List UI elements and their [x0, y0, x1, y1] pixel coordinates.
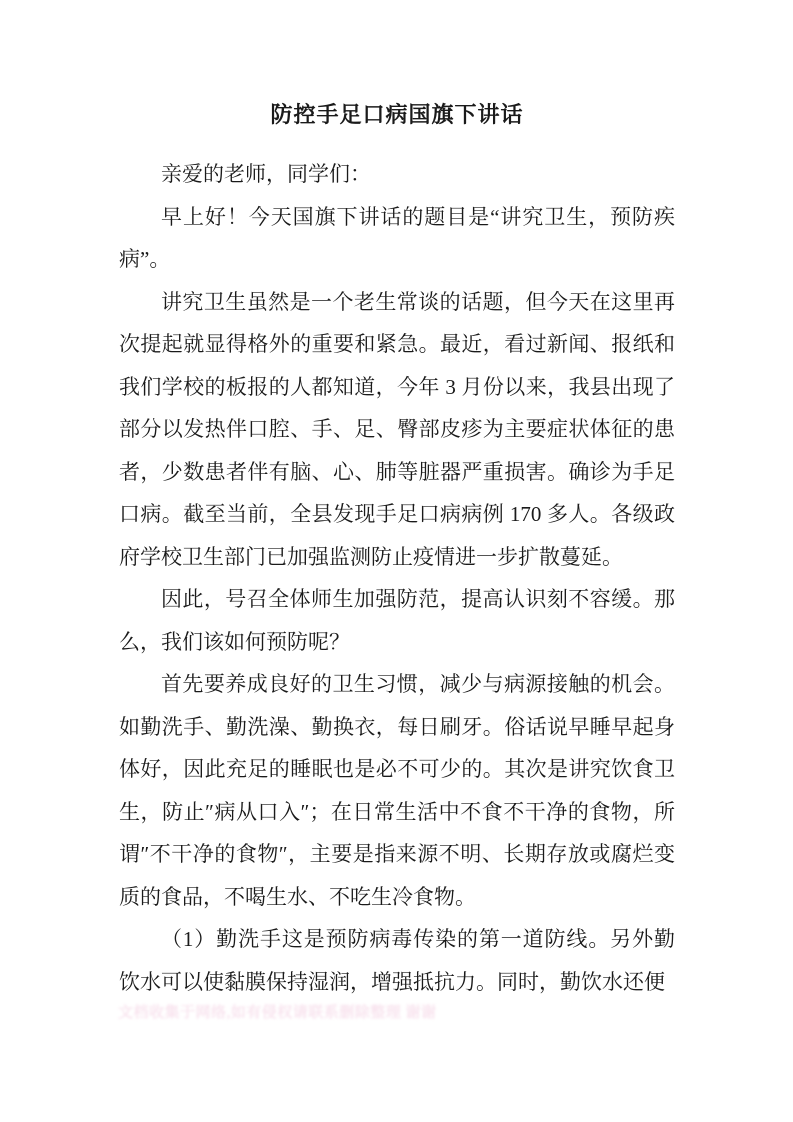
paragraph-greeting: 亲爱的老师，同学们： [119, 153, 675, 196]
paragraph-hygiene-habits: 首先要养成良好的卫生习惯，减少与病源接触的机会。如勤洗手、勤洗澡、勤换衣，每日刷… [119, 663, 675, 918]
paragraph-handwashing: （1）勤洗手这是预防病毒传染的第一道防线。另外勤饮水可以使黏膜保持湿润，增强抵抗… [119, 918, 675, 1003]
document-page: 防控手足口病国旗下讲话 亲爱的老师，同学们： 早上好！今天国旗下讲话的题目是“讲… [0, 0, 793, 1122]
document-title: 防控手足口病国旗下讲话 [119, 93, 675, 136]
watermark-text: 文档收集于网络,如有侵权请联系删除整理 谢谢 [118, 1003, 538, 1023]
paragraph-call-to-action: 因此，号召全体师生加强防范，提高认识刻不容缓。那么，我们该如何预防呢？ [119, 578, 675, 663]
paragraph-situation: 讲究卫生虽然是一个老生常谈的话题，但今天在这里再次提起就显得格外的重要和紧急。最… [119, 281, 675, 579]
paragraph-opening: 早上好！今天国旗下讲话的题目是“讲究卫生，预防疾病”。 [119, 196, 675, 281]
